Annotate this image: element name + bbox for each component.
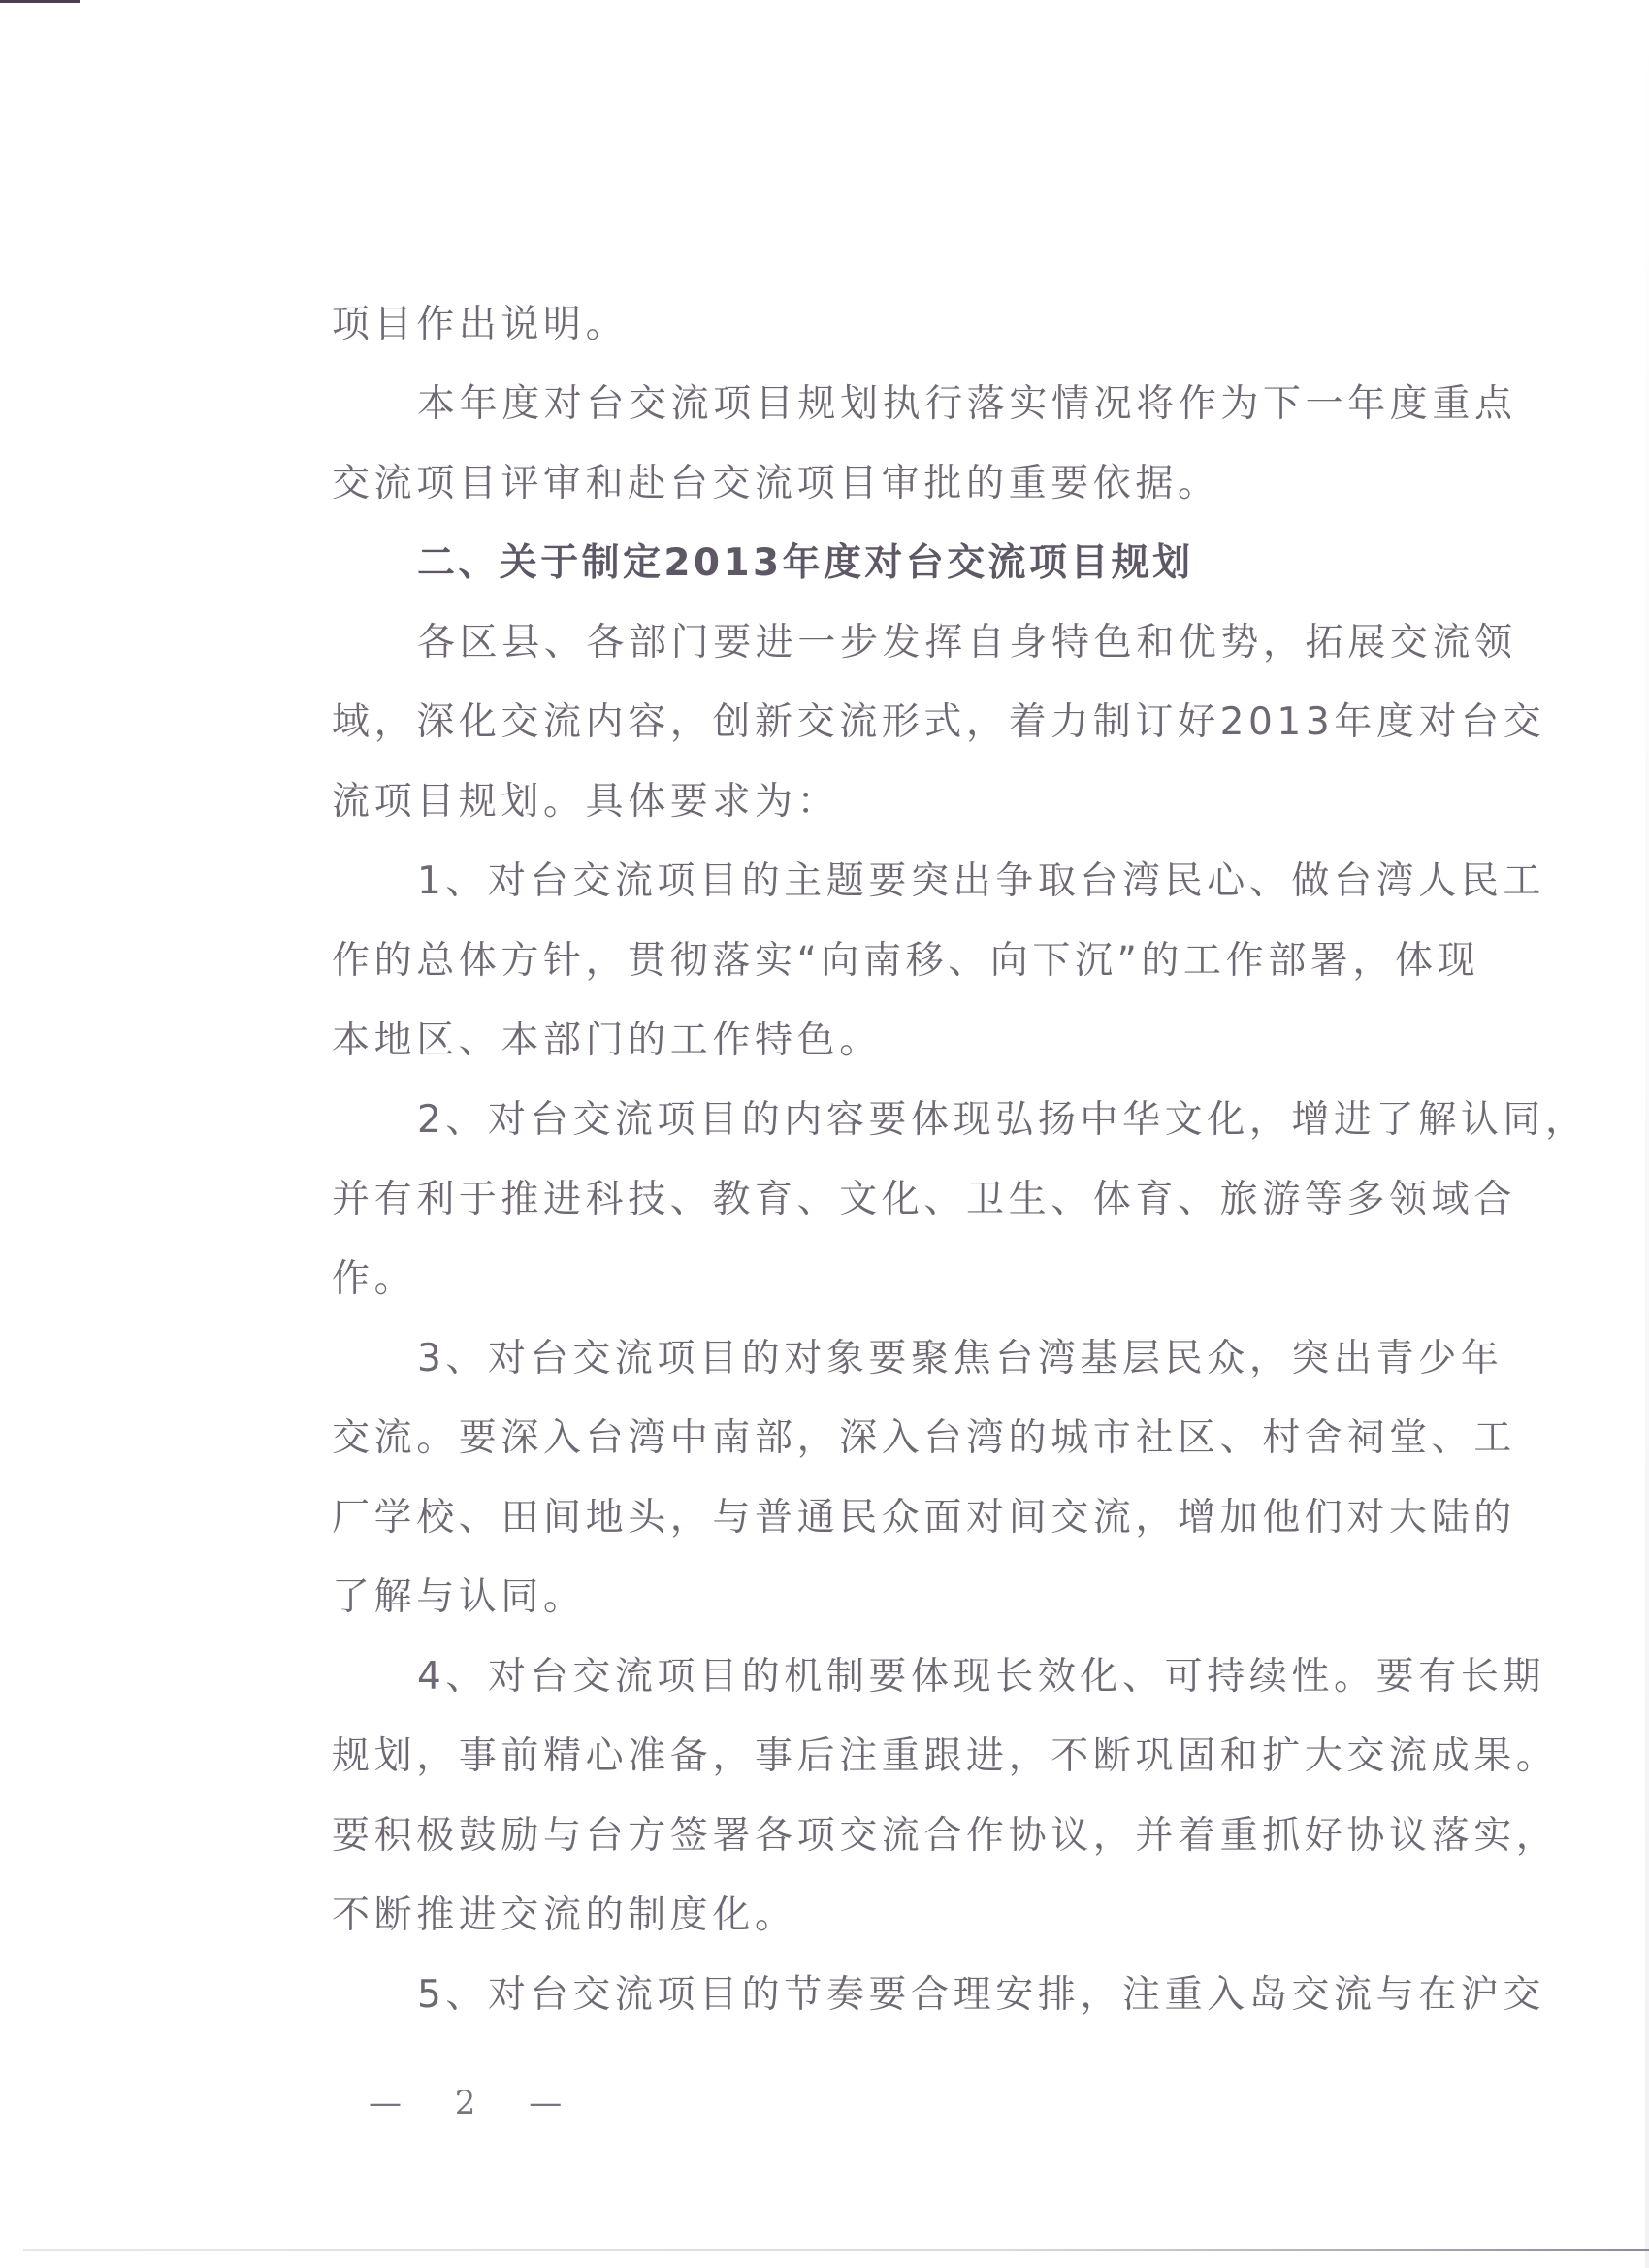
text-line: 域，深化交流内容，创新交流形式，着力制订好2013年度对台交	[332, 698, 1545, 747]
text-line: 并有利于推进科技、教育、文化、卫生、体育、旅游等多领域合	[332, 1176, 1516, 1224]
scan-edge-bottom	[23, 2249, 1649, 2251]
list-item-3: 3、对台交流项目的对象要聚焦台湾基层民众，突出青少年	[417, 1335, 1503, 1383]
list-item-4: 4、对台交流项目的机制要体现长效化、可持续性。要有长期	[417, 1653, 1545, 1701]
list-item-1: 1、对台交流项目的主题要突出争取台湾民心、做台湾人民工	[417, 858, 1545, 906]
scan-edge-right	[1645, 0, 1649, 2268]
paragraph-start: 本年度对台交流项目规划执行落实情况将作为下一年度重点	[417, 380, 1517, 429]
text-line: 交流。要深入台湾中南部，深入台湾的城市社区、村舍祠堂、工	[332, 1414, 1516, 1463]
page-number: — 2 —	[369, 2084, 583, 2122]
text-line: 作。	[332, 1255, 416, 1304]
section-heading: 二、关于制定2013年度对台交流项目规划	[417, 539, 1194, 588]
text-line: 要积极鼓励与台方签署各项交流合作协议，并着重抓好协议落实，	[332, 1812, 1558, 1861]
text-line: 流项目规划。具体要求为：	[332, 778, 839, 826]
list-item-2: 2、对台交流项目的内容要体现弘扬中华文化，增进了解认同，	[417, 1096, 1588, 1145]
text-line: 本地区、本部门的工作特色。	[332, 1017, 882, 1065]
text-line: 规划，事前精心准备，事后注重跟进，不断巩固和扩大交流成果。	[332, 1733, 1558, 1781]
text-line: 了解与认同。	[332, 1573, 586, 1622]
list-item-5: 5、对台交流项目的节奏要合理安排，注重入岛交流与在沪交	[417, 1971, 1545, 2020]
text-line: 不断推进交流的制度化。	[332, 1892, 797, 1940]
text-line: 作的总体方针，贯彻落实“向南移、向下沉”的工作部署，体现	[332, 937, 1479, 986]
text-line: 项目作出说明。	[332, 301, 628, 349]
text-line: 厂学校、田间地头，与普通民众面对间交流，增加他们对大陆的	[332, 1494, 1516, 1542]
text-line: 交流项目评审和赴台交流项目审批的重要依据。	[332, 460, 1220, 508]
paragraph-start: 各区县、各部门要进一步发挥自身特色和优势，拓展交流领	[417, 619, 1517, 667]
scan-artifact-top	[0, 0, 80, 3]
